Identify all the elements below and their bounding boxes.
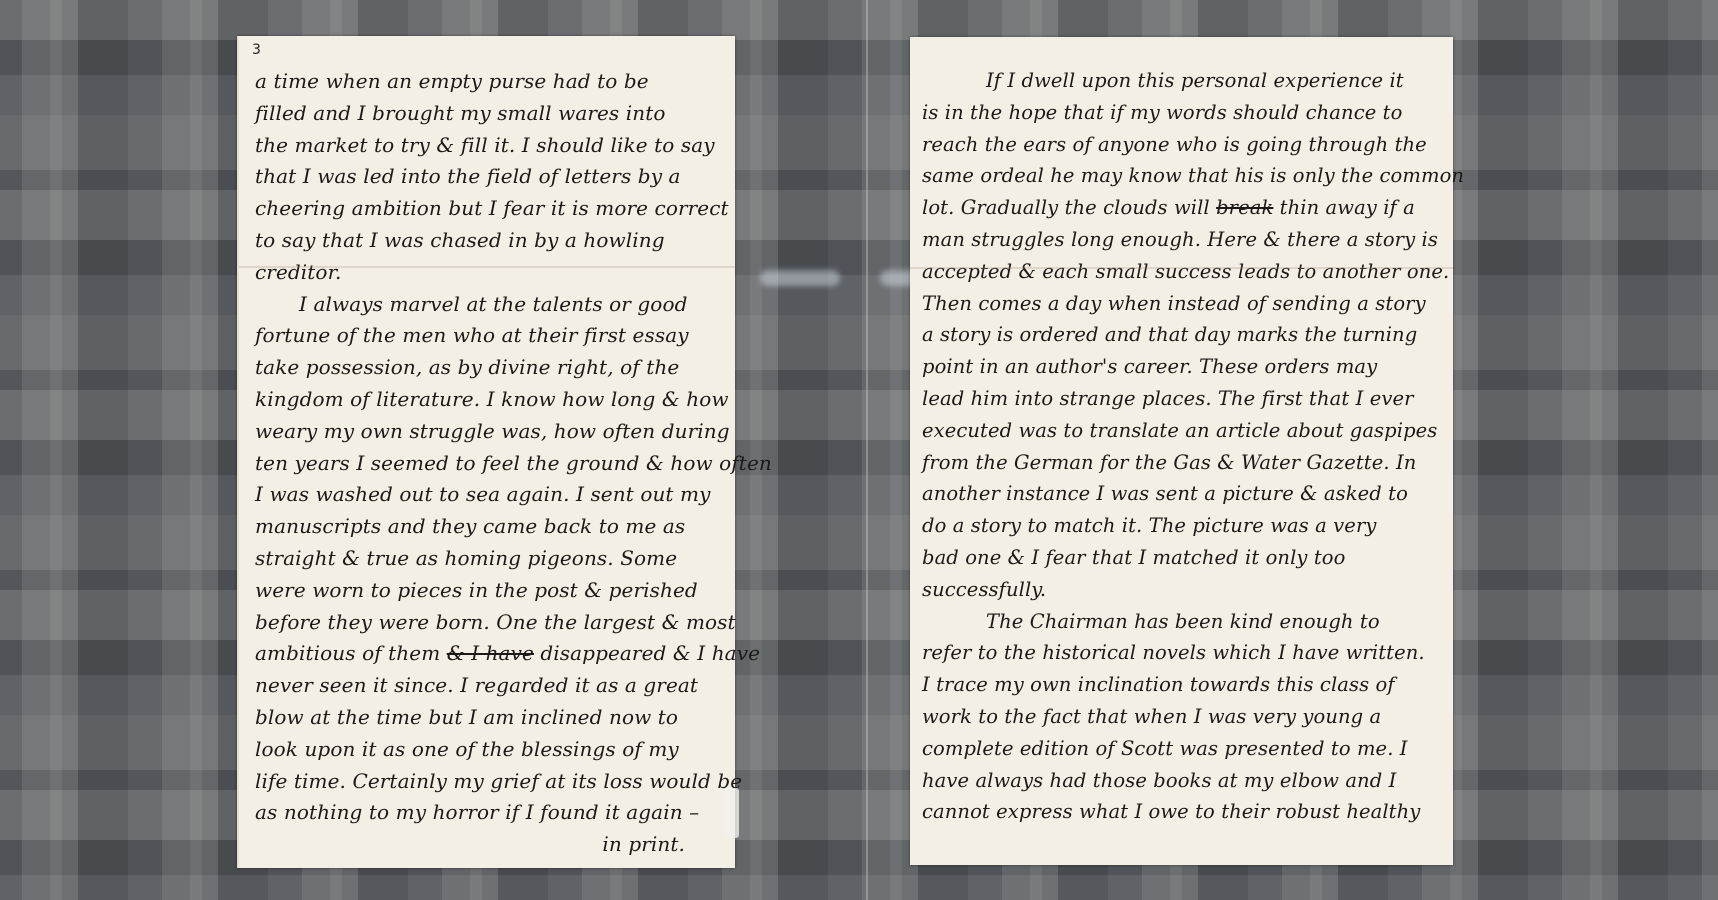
handwritten-line: complete edition of Scott was presented … — [922, 733, 1442, 765]
handwritten-line: were worn to pieces in the post & perish… — [255, 575, 725, 607]
manuscript-page-left: 3 a time when an empty purse had to befi… — [237, 36, 735, 868]
handwritten-line: manuscripts and they came back to me as — [255, 511, 725, 543]
handwritten-line: never seen it since. I regarded it as a … — [255, 670, 725, 702]
handwritten-line: a time when an empty purse had to be — [255, 66, 725, 98]
handwritten-line: successfully. — [922, 574, 1442, 606]
glass-glare — [760, 270, 840, 286]
handwritten-line: to say that I was chased in by a howling — [255, 225, 725, 257]
handwritten-line: I was washed out to sea again. I sent ou… — [255, 479, 725, 511]
handwritten-line: another instance I was sent a picture & … — [922, 478, 1442, 510]
line-text: lot. Gradually the clouds will — [922, 196, 1216, 219]
handwritten-line: lead him into strange places. The first … — [922, 383, 1442, 415]
handwritten-line: reach the ears of anyone who is going th… — [922, 129, 1442, 161]
handwritten-line: as nothing to my horror if I found it ag… — [255, 797, 725, 829]
handwritten-line: same ordeal he may know that his is only… — [922, 160, 1442, 192]
handwritten-line: a story is ordered and that day marks th… — [922, 319, 1442, 351]
handwritten-line: that I was led into the field of letters… — [255, 161, 725, 193]
handwritten-line: straight & true as homing pigeons. Some — [255, 543, 725, 575]
handwritten-line: man struggles long enough. Here & there … — [922, 224, 1442, 256]
handwritten-line: creditor. — [255, 257, 725, 289]
handwritten-line: I always marvel at the talents or good — [255, 289, 725, 321]
handwritten-line: from the German for the Gas & Water Gaze… — [922, 447, 1442, 479]
struck-out-text: & I have — [447, 641, 534, 665]
handwritten-line: ten years I seemed to feel the ground & … — [255, 448, 725, 480]
handwritten-line: kingdom of literature. I know how long &… — [255, 384, 725, 416]
handwritten-line: the market to try & fill it. I should li… — [255, 130, 725, 162]
handwritten-line: cannot express what I owe to their robus… — [922, 796, 1442, 828]
line-text: ambitious of them — [255, 641, 447, 665]
line-text: thin away if a — [1273, 196, 1415, 219]
struck-out-text: break — [1216, 196, 1273, 219]
handwritten-lines-left: a time when an empty purse had to befill… — [255, 66, 725, 861]
handwritten-line: is in the hope that if my words should c… — [922, 97, 1442, 129]
display-case-divider — [866, 0, 868, 900]
handwritten-lines-right: If I dwell upon this personal experience… — [922, 65, 1442, 828]
handwritten-line: If I dwell upon this personal experience… — [922, 65, 1442, 97]
handwritten-line: fortune of the men who at their first es… — [255, 320, 725, 352]
handwritten-line: cheering ambition but I fear it is more … — [255, 193, 725, 225]
handwritten-line: do a story to match it. The picture was … — [922, 510, 1442, 542]
manuscript-page-right: If I dwell upon this personal experience… — [910, 37, 1453, 865]
handwritten-line: point in an author's career. These order… — [922, 351, 1442, 383]
handwritten-line: work to the fact that when I was very yo… — [922, 701, 1442, 733]
handwritten-line: executed was to translate an article abo… — [922, 415, 1442, 447]
mounting-tape — [723, 788, 739, 838]
handwritten-line: blow at the time but I am inclined now t… — [255, 702, 725, 734]
handwritten-line: The Chairman has been kind enough to — [922, 606, 1442, 638]
handwritten-line: I trace my own inclination towards this … — [922, 669, 1442, 701]
handwritten-line: lot. Gradually the clouds will break thi… — [922, 192, 1442, 224]
handwritten-line: refer to the historical novels which I h… — [922, 637, 1442, 669]
page-number: 3 — [252, 42, 261, 58]
handwritten-line: life time. Certainly my grief at its los… — [255, 766, 725, 798]
handwritten-line: bad one & I fear that I matched it only … — [922, 542, 1442, 574]
handwritten-line: before they were born. One the largest &… — [255, 607, 725, 639]
handwritten-line: have always had those books at my elbow … — [922, 765, 1442, 797]
handwritten-line: in print. — [255, 829, 725, 861]
handwritten-line: look upon it as one of the blessings of … — [255, 734, 725, 766]
handwritten-line: take possession, as by divine right, of … — [255, 352, 725, 384]
handwritten-line: filled and I brought my small wares into — [255, 98, 725, 130]
handwritten-line: accepted & each small success leads to a… — [922, 256, 1442, 288]
handwritten-line: weary my own struggle was, how often dur… — [255, 416, 725, 448]
line-text: disappeared & I have — [534, 641, 760, 665]
handwritten-line: Then comes a day when instead of sending… — [922, 288, 1442, 320]
handwritten-line: ambitious of them & I have disappeared &… — [255, 638, 725, 670]
